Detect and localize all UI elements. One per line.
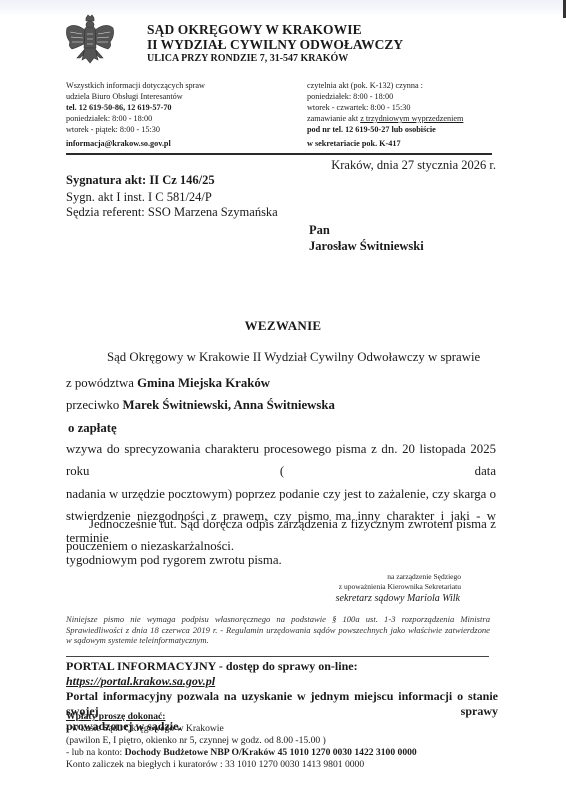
plaintiff-prefix: z powództwa [66, 376, 137, 390]
document-date: Kraków, dnia 27 stycznia 2026 r. [331, 158, 496, 173]
reading-room-line: czytelnia akt (pok. K-132) czynna : [307, 80, 463, 91]
plaintiff-name: Gmina Miejska Kraków [137, 376, 270, 390]
info-line: udziela Biuro Obsługi Interesantów [66, 91, 205, 102]
info-office-block: Wszystkich informacji dotyczących spraw … [66, 80, 205, 149]
notice-line: Niniejsze pismo nie wymaga podpisu własn… [66, 614, 490, 625]
court-address: ULICA PRZY RONDZIE 7, 31-547 KRAKÓW [147, 53, 348, 65]
order-advance-note: z trzydniowym wyprzedzeniem [360, 114, 463, 123]
defendants-prefix: przeciwko [66, 398, 123, 412]
polish-eagle-emblem-icon [64, 14, 116, 72]
info-hours: poniedziałek: 8:00 - 18:00 [66, 113, 205, 124]
service-paragraph: Jednocześnie tut. Sąd doręcza odpis zarz… [66, 513, 496, 558]
summons-line: nadania w urzędzie pocztowym) poprzez po… [66, 483, 496, 505]
summons-line: wzywa do sprecyzowania charakteru proces… [66, 438, 496, 483]
addressee-salutation: Pan [309, 222, 424, 238]
document-title: WEZWANIE [0, 318, 566, 334]
defendants-names: Marek Świtniewski, Anna Świtniewska [123, 398, 335, 412]
payment-info: Wpłaty proszę dokonać: - w kasie Sądu Ok… [66, 711, 417, 771]
payment-heading: Wpłaty proszę dokonać: [66, 711, 417, 723]
portal-heading: PORTAL INFORMACYJNY - dostęp do sprawy o… [66, 659, 498, 689]
case-signature: Sygnatura akt: II Cz 146/25 [66, 173, 215, 188]
info-line: Wszystkich informacji dotyczących spraw [66, 80, 205, 91]
budget-account: Dochody Budżetowe NBP O/Kraków 45 1010 1… [125, 747, 417, 758]
account-prefix: - lub na konto: [66, 747, 125, 758]
signature-authority: na zarządzenie Sędziego [387, 572, 461, 581]
info-hours: wtorek - piątek: 8:00 - 15:30 [66, 124, 205, 135]
order-office: w sekretariacie pok. K-417 [307, 138, 463, 149]
info-phones: tel. 12 619-50-86, 12 619-57-70 [66, 102, 205, 113]
service-line: pouczeniem o niezaskarżalności. [66, 535, 496, 557]
first-instance-signature: Sygn. akt I inst. I C 581/24/P [66, 190, 212, 205]
plaintiff-line: z powództwa Gmina Miejska Kraków [66, 376, 270, 391]
court-department: II WYDZIAŁ CYWILNY ODWOŁAWCZY [147, 37, 403, 52]
order-line: zamawianie akt z trzydniowym wyprzedzeni… [307, 113, 463, 124]
reading-room-block: czytelnia akt (pok. K-132) czynna : poni… [307, 80, 463, 149]
advance-account: Konto zaliczek na biegłych i kuratorów :… [66, 759, 417, 771]
info-email: informacja@krakow.so.gov.pl [66, 138, 205, 149]
intro-paragraph: Sąd Okręgowy w Krakowie II Wydział Cywil… [107, 350, 480, 365]
notice-line: w sądowym systemie teleinformatycznym. [66, 635, 490, 646]
notice-line: Sprawiedliwości z dnia 18 czerwca 2019 r… [66, 625, 490, 636]
service-line: Jednocześnie tut. Sąd doręcza odpis zarz… [66, 513, 496, 535]
portal-link[interactable]: https://portal.krakow.sa.gov.pl [66, 674, 215, 688]
reading-room-hours: wtorek - czwartek: 8:00 - 15:30 [307, 102, 463, 113]
no-signature-notice: Niniejsze pismo nie wymaga podpisu własn… [66, 614, 490, 646]
footer-divider [66, 656, 489, 657]
order-prefix: zamawianie akt [307, 114, 360, 123]
reading-room-hours: poniedziałek: 8:00 - 18:00 [307, 91, 463, 102]
signer-name: sekretarz sądowy Mariola Wilk [336, 593, 460, 604]
case-subject: o zapłatę [68, 421, 117, 436]
addressee-name: Jarosław Świtniewski [309, 238, 424, 254]
header-divider [66, 153, 492, 155]
judge-rapporteur: Sędzia referent: SSO Marzena Szymańska [66, 205, 278, 220]
defendants-line: przeciwko Marek Świtniewski, Anna Świtni… [66, 398, 335, 413]
payment-cashier: - w kasie Sądu Okręgowego w Krakowie [66, 723, 417, 735]
signature-authorization: z upoważnienia Kierownika Sekretariatu [339, 582, 461, 591]
order-phone: pod nr tel. 12 619-50-27 lub osobiście [307, 124, 463, 135]
court-name: SĄD OKRĘGOWY W KRAKOWIE [147, 22, 362, 37]
addressee: Pan Jarosław Świtniewski [309, 222, 424, 254]
portal-heading-text: PORTAL INFORMACYJNY - dostęp do sprawy o… [66, 659, 358, 673]
payment-cashier-details: (pawilon E, I piętro, okienko nr 5, czyn… [66, 735, 417, 747]
payment-account-line: - lub na konto: Dochody Budżetowe NBP O/… [66, 747, 417, 759]
